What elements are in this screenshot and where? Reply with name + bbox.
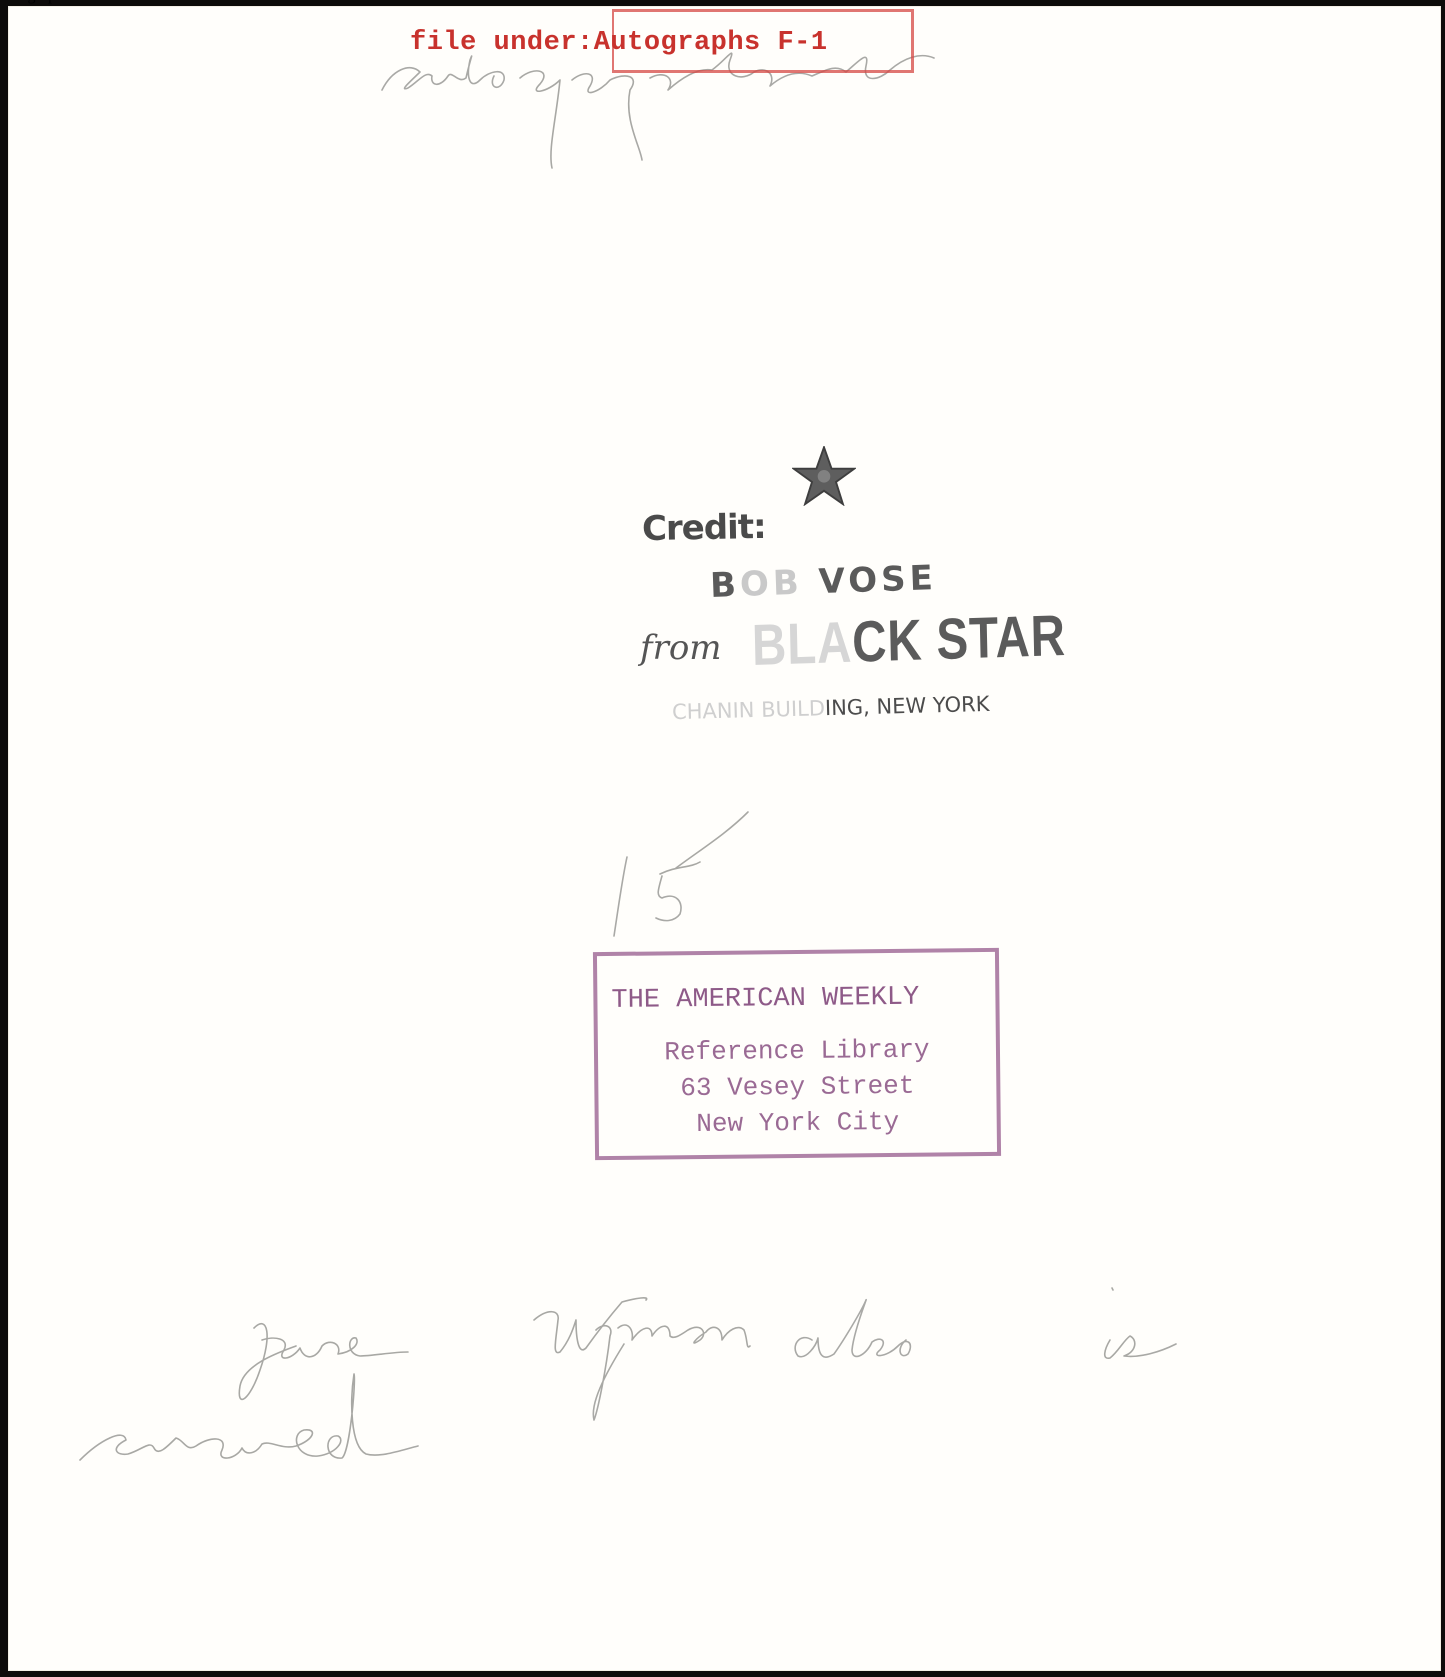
library-stamp-line1: Reference Library [598,1034,996,1068]
photographer-name: BOB VOSE [709,558,937,606]
pencil-notation-top: autograph hounds [0,0,114,4]
from-label: from [640,628,722,668]
agency-name-part: CK STAR [851,603,1066,675]
agency-name-part-faded: BLA [751,610,853,678]
library-stamp: THE AMERICAN WEEKLY Reference Library 63… [593,948,1001,1160]
photographer-name-part: B [709,565,740,606]
library-stamp-line3: New York City [599,1106,997,1140]
photographer-name-part-faded: OB [739,563,803,605]
credit-label: Credit: [642,507,766,549]
library-stamp-line2: 63 Vesey Street [598,1070,996,1104]
star-icon [792,446,856,506]
agency-address-part: ING, NEW YORK [825,692,990,720]
filing-label: file under:Autographs F-1 [410,28,828,58]
agency-address-part-faded: CHANIN BUILD [672,696,826,724]
photographer-name-part: VOSE [802,558,937,603]
filing-label-prefix: file under: [410,28,594,58]
photo-verso-paper [8,6,1441,1671]
library-stamp-title: THE AMERICAN WEEKLY [611,982,995,1016]
pencil-caption: Jane Wyman also is snared [0,0,1,1]
filing-label-category: Autographs F-1 [594,28,828,58]
pencil-number: 15 [0,0,1,1]
agency-name: BLACK STAR [751,602,1066,679]
